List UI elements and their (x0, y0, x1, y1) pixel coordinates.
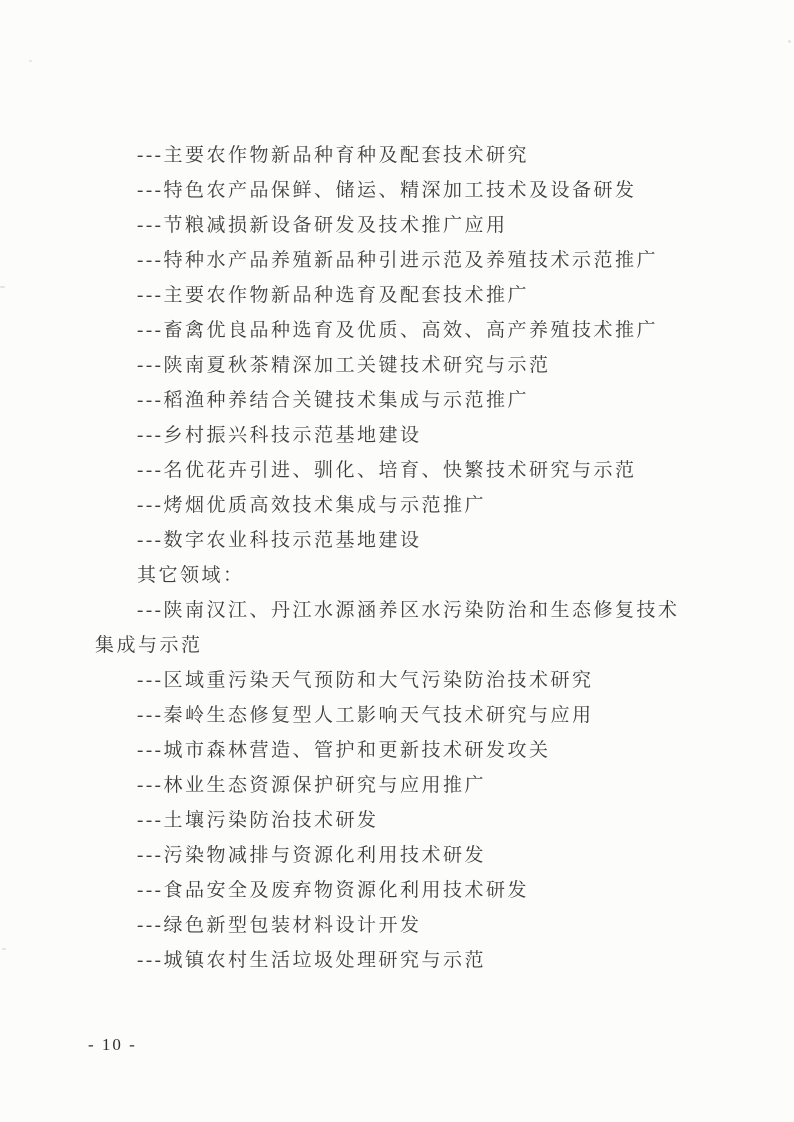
list-item: ---畜禽优良品种选育及优质、高效、高产养殖技术推广 (95, 313, 695, 348)
document-page: ---主要农作物新品种育种及配套技术研究 ---特色农产品保鲜、储运、精深加工技… (0, 0, 794, 1122)
list-item: ---陕南夏秋茶精深加工关键技术研究与示范 (95, 348, 695, 383)
list-item: ---绿色新型包装材料设计开发 (95, 908, 695, 943)
list-item: ---区域重污染天气预防和大气污染防治技术研究 (95, 663, 695, 698)
list-item: ---土壤污染防治技术研发 (95, 803, 695, 838)
list-item: ---主要农作物新品种选育及配套技术推广 (95, 278, 695, 313)
scan-speck (29, 60, 32, 62)
list-item: ---数字农业科技示范基地建设 (95, 523, 695, 558)
list-item: ---陕南汉江、丹江水源涵养区水污染防治和生态修复技术集成与示范 (95, 593, 695, 663)
list-item: ---污染物减排与资源化利用技术研发 (95, 838, 695, 873)
list-item: ---烤烟优质高效技术集成与示范推广 (95, 488, 695, 523)
list-item: ---秦岭生态修复型人工影响天气技术研究与应用 (95, 698, 695, 733)
section-heading: 其它领域： (95, 558, 695, 593)
list-item: ---节粮减损新设备研发及技术推广应用 (95, 208, 695, 243)
list-item: ---特种水产品养殖新品种引进示范及养殖技术示范推广 (95, 243, 695, 278)
scan-speck (2, 948, 6, 950)
list-item: ---林业生态资源保护研究与应用推广 (95, 768, 695, 803)
list-item: ---主要农作物新品种育种及配套技术研究 (95, 138, 695, 173)
list-item: ---城镇农村生活垃圾处理研究与示范 (95, 943, 695, 978)
list-item: ---名优花卉引进、驯化、培育、快繁技术研究与示范 (95, 453, 695, 488)
list-item: ---城市森林营造、管护和更新技术研发攻关 (95, 733, 695, 768)
scan-speck (0, 286, 5, 288)
page-number: - 10 - (88, 1035, 137, 1055)
document-body: ---主要农作物新品种育种及配套技术研究 ---特色农产品保鲜、储运、精深加工技… (95, 138, 695, 978)
list-item: ---食品安全及废弃物资源化利用技术研发 (95, 873, 695, 908)
list-item: ---乡村振兴科技示范基地建设 (95, 418, 695, 453)
scan-speck (788, 40, 791, 43)
list-item: ---稻渔种养结合关键技术集成与示范推广 (95, 383, 695, 418)
list-item: ---特色农产品保鲜、储运、精深加工技术及设备研发 (95, 173, 695, 208)
